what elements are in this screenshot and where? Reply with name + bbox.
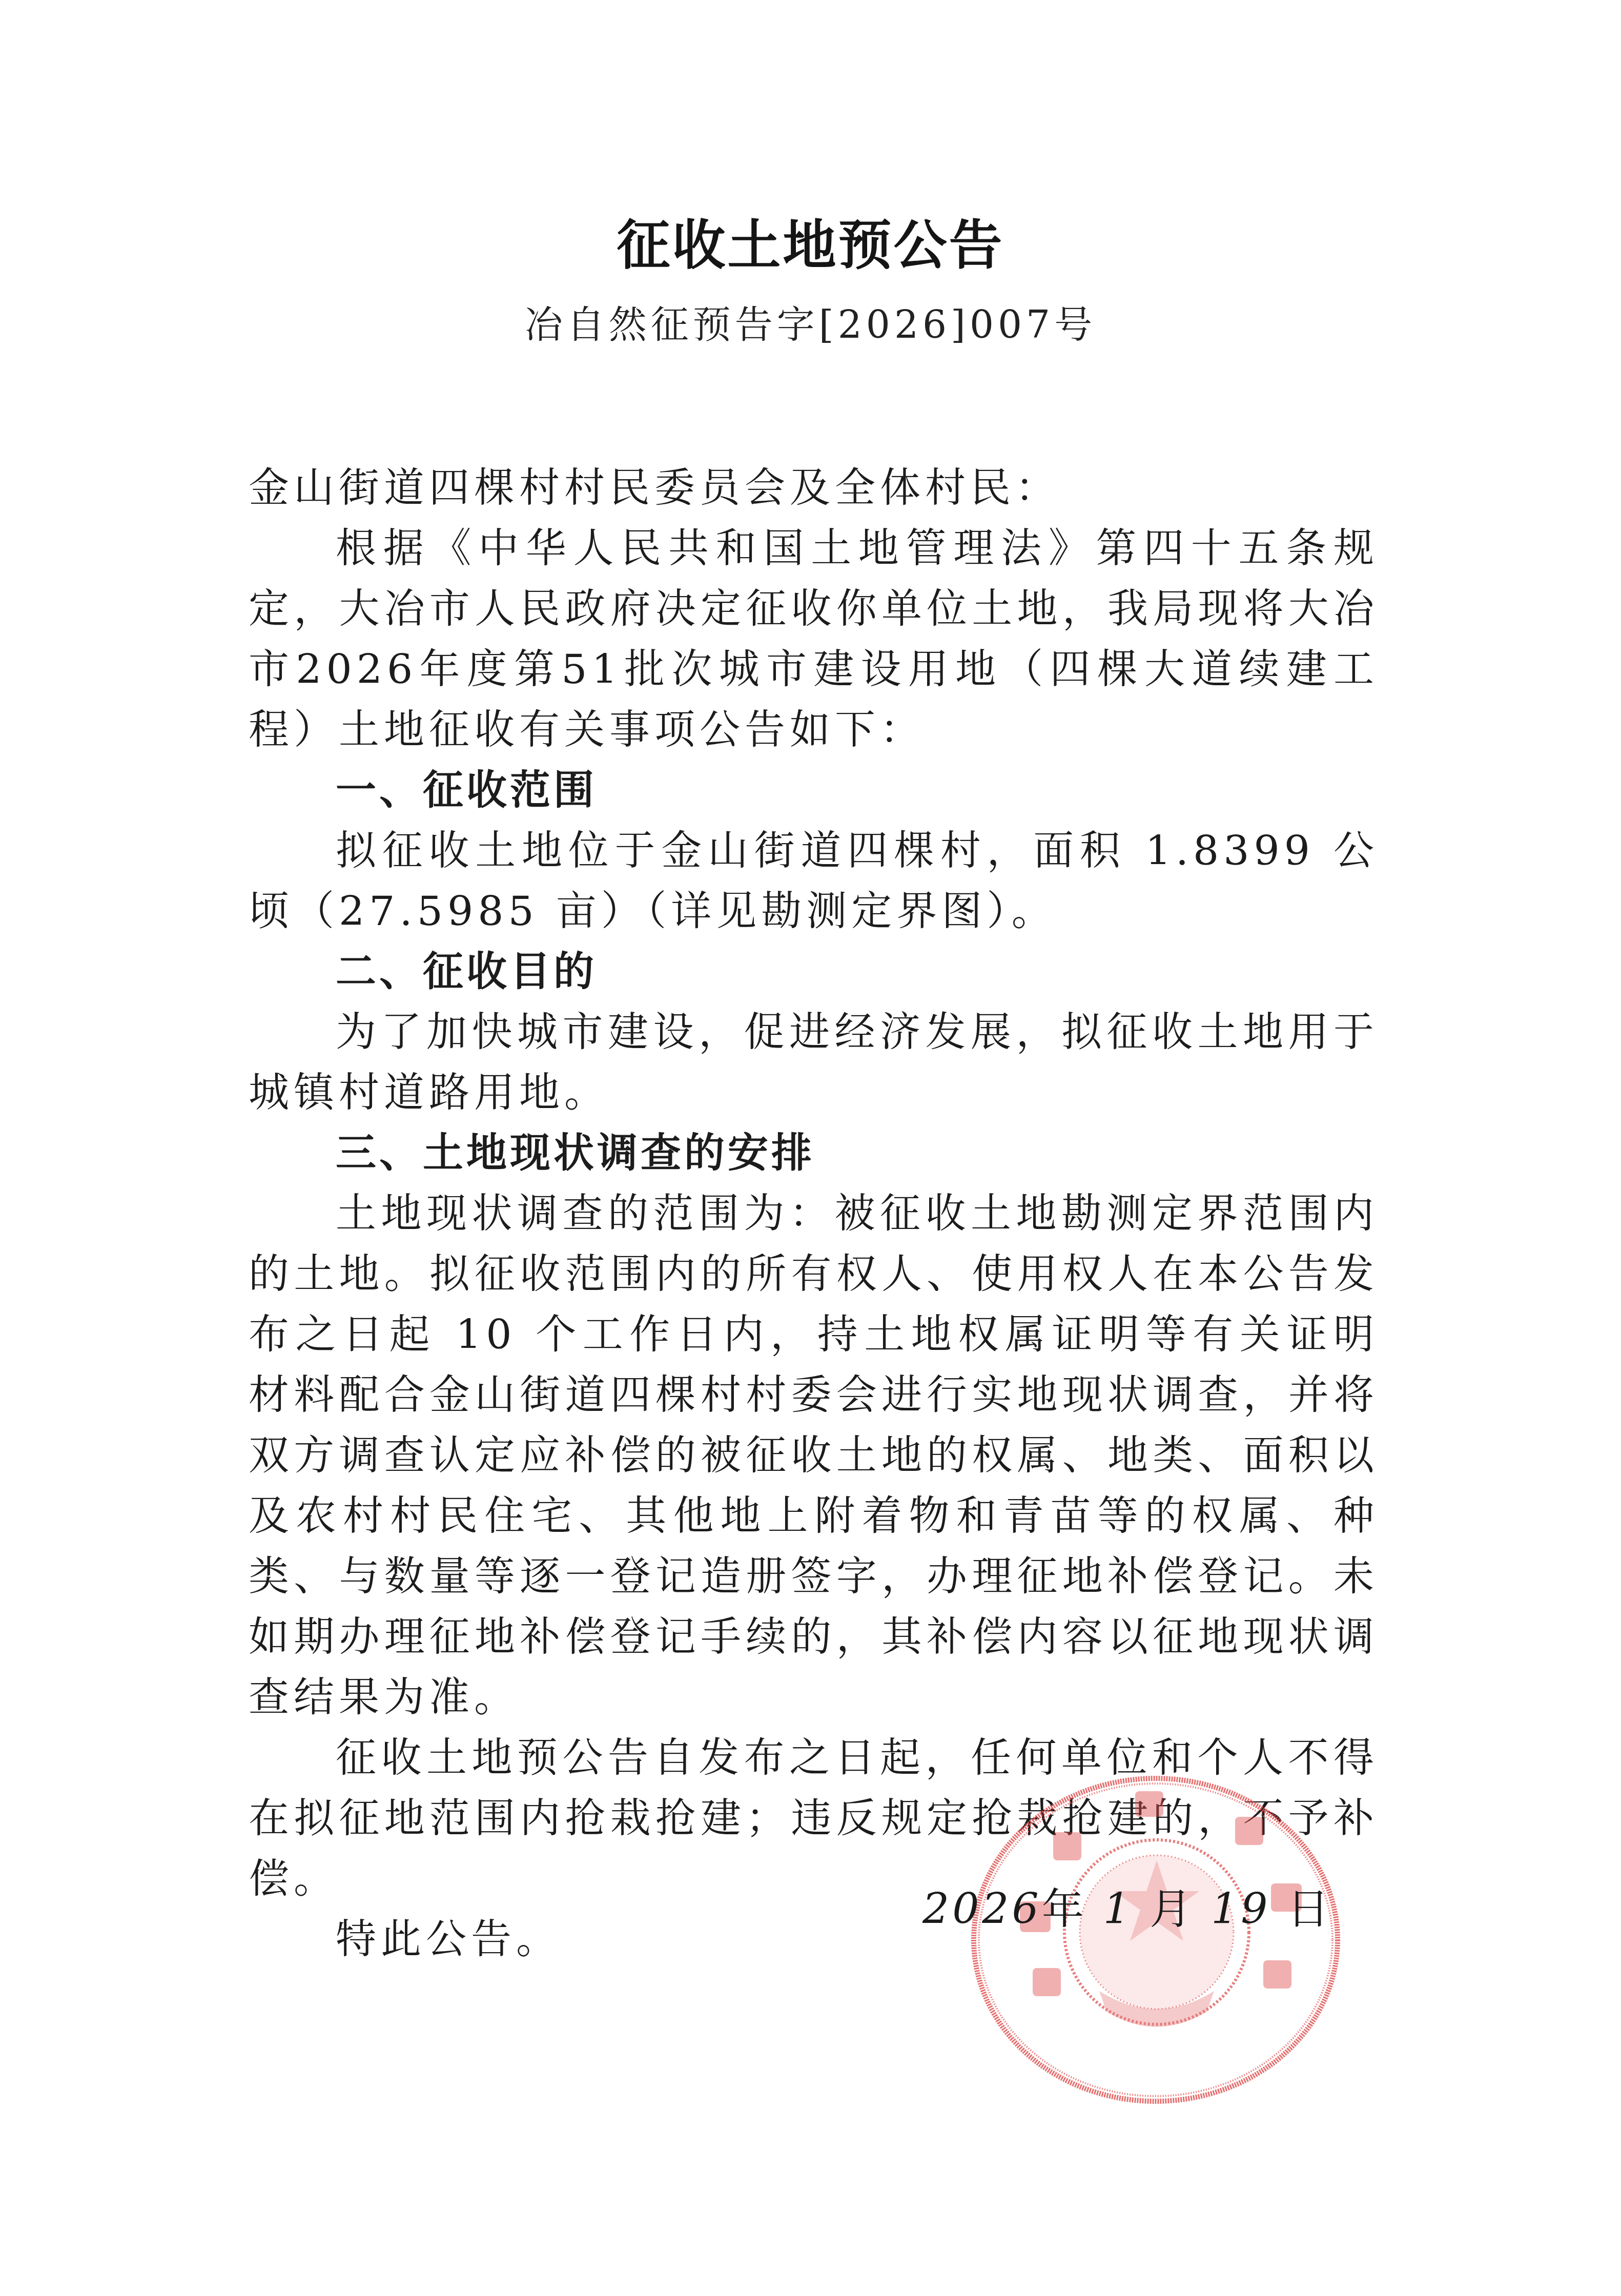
section-paragraph-purpose: 为了加快城市建设，促进经济发展，拟征收土地用于城镇村道路用地。 [249, 1002, 1379, 1123]
section-paragraph-survey: 土地现状调查的范围为：被征收土地勘测定界范围内的土地。拟征收范围内的所有权人、使… [249, 1183, 1379, 1728]
date-month-unit: 月 [1150, 1885, 1195, 1934]
issue-date: 2026年 1 月 19 日 [922, 1876, 1332, 1936]
section-paragraph-scope: 拟征收土地位于金山街道四棵村，面积 1.8399 公顷（27.5985 亩）（详… [249, 821, 1379, 941]
date-day-unit: 日 [1287, 1885, 1332, 1934]
addressee: 金山街道四棵村村民委员会及全体村民： [249, 458, 1379, 518]
intro-paragraph: 根据《中华人民共和国土地管理法》第四十五条规定，大冶市人民政府决定征收你单位土地… [249, 518, 1379, 760]
section-heading-scope: 一、征收范围 [249, 760, 1379, 821]
section-heading-survey: 三、土地现状调查的安排 [249, 1123, 1379, 1183]
document-page: 征收土地预公告 冶自然征预告字[2026]007号 金山街道四棵村村民委员会及全… [0, 0, 1621, 2296]
section-heading-purpose: 二、征收目的 [249, 941, 1379, 1002]
date-year: 2026 [922, 1885, 1042, 1934]
date-year-unit: 年 [1042, 1885, 1087, 1934]
date-month: 1 [1103, 1885, 1133, 1934]
document-body: 金山街道四棵村村民委员会及全体村民： 根据《中华人民共和国土地管理法》第四十五条… [249, 458, 1379, 1970]
date-day: 19 [1211, 1885, 1270, 1934]
document-title: 征收土地预公告 [0, 202, 1621, 279]
document-number: 冶自然征预告字[2026]007号 [0, 295, 1621, 349]
official-seal-icon [966, 1771, 1345, 2109]
